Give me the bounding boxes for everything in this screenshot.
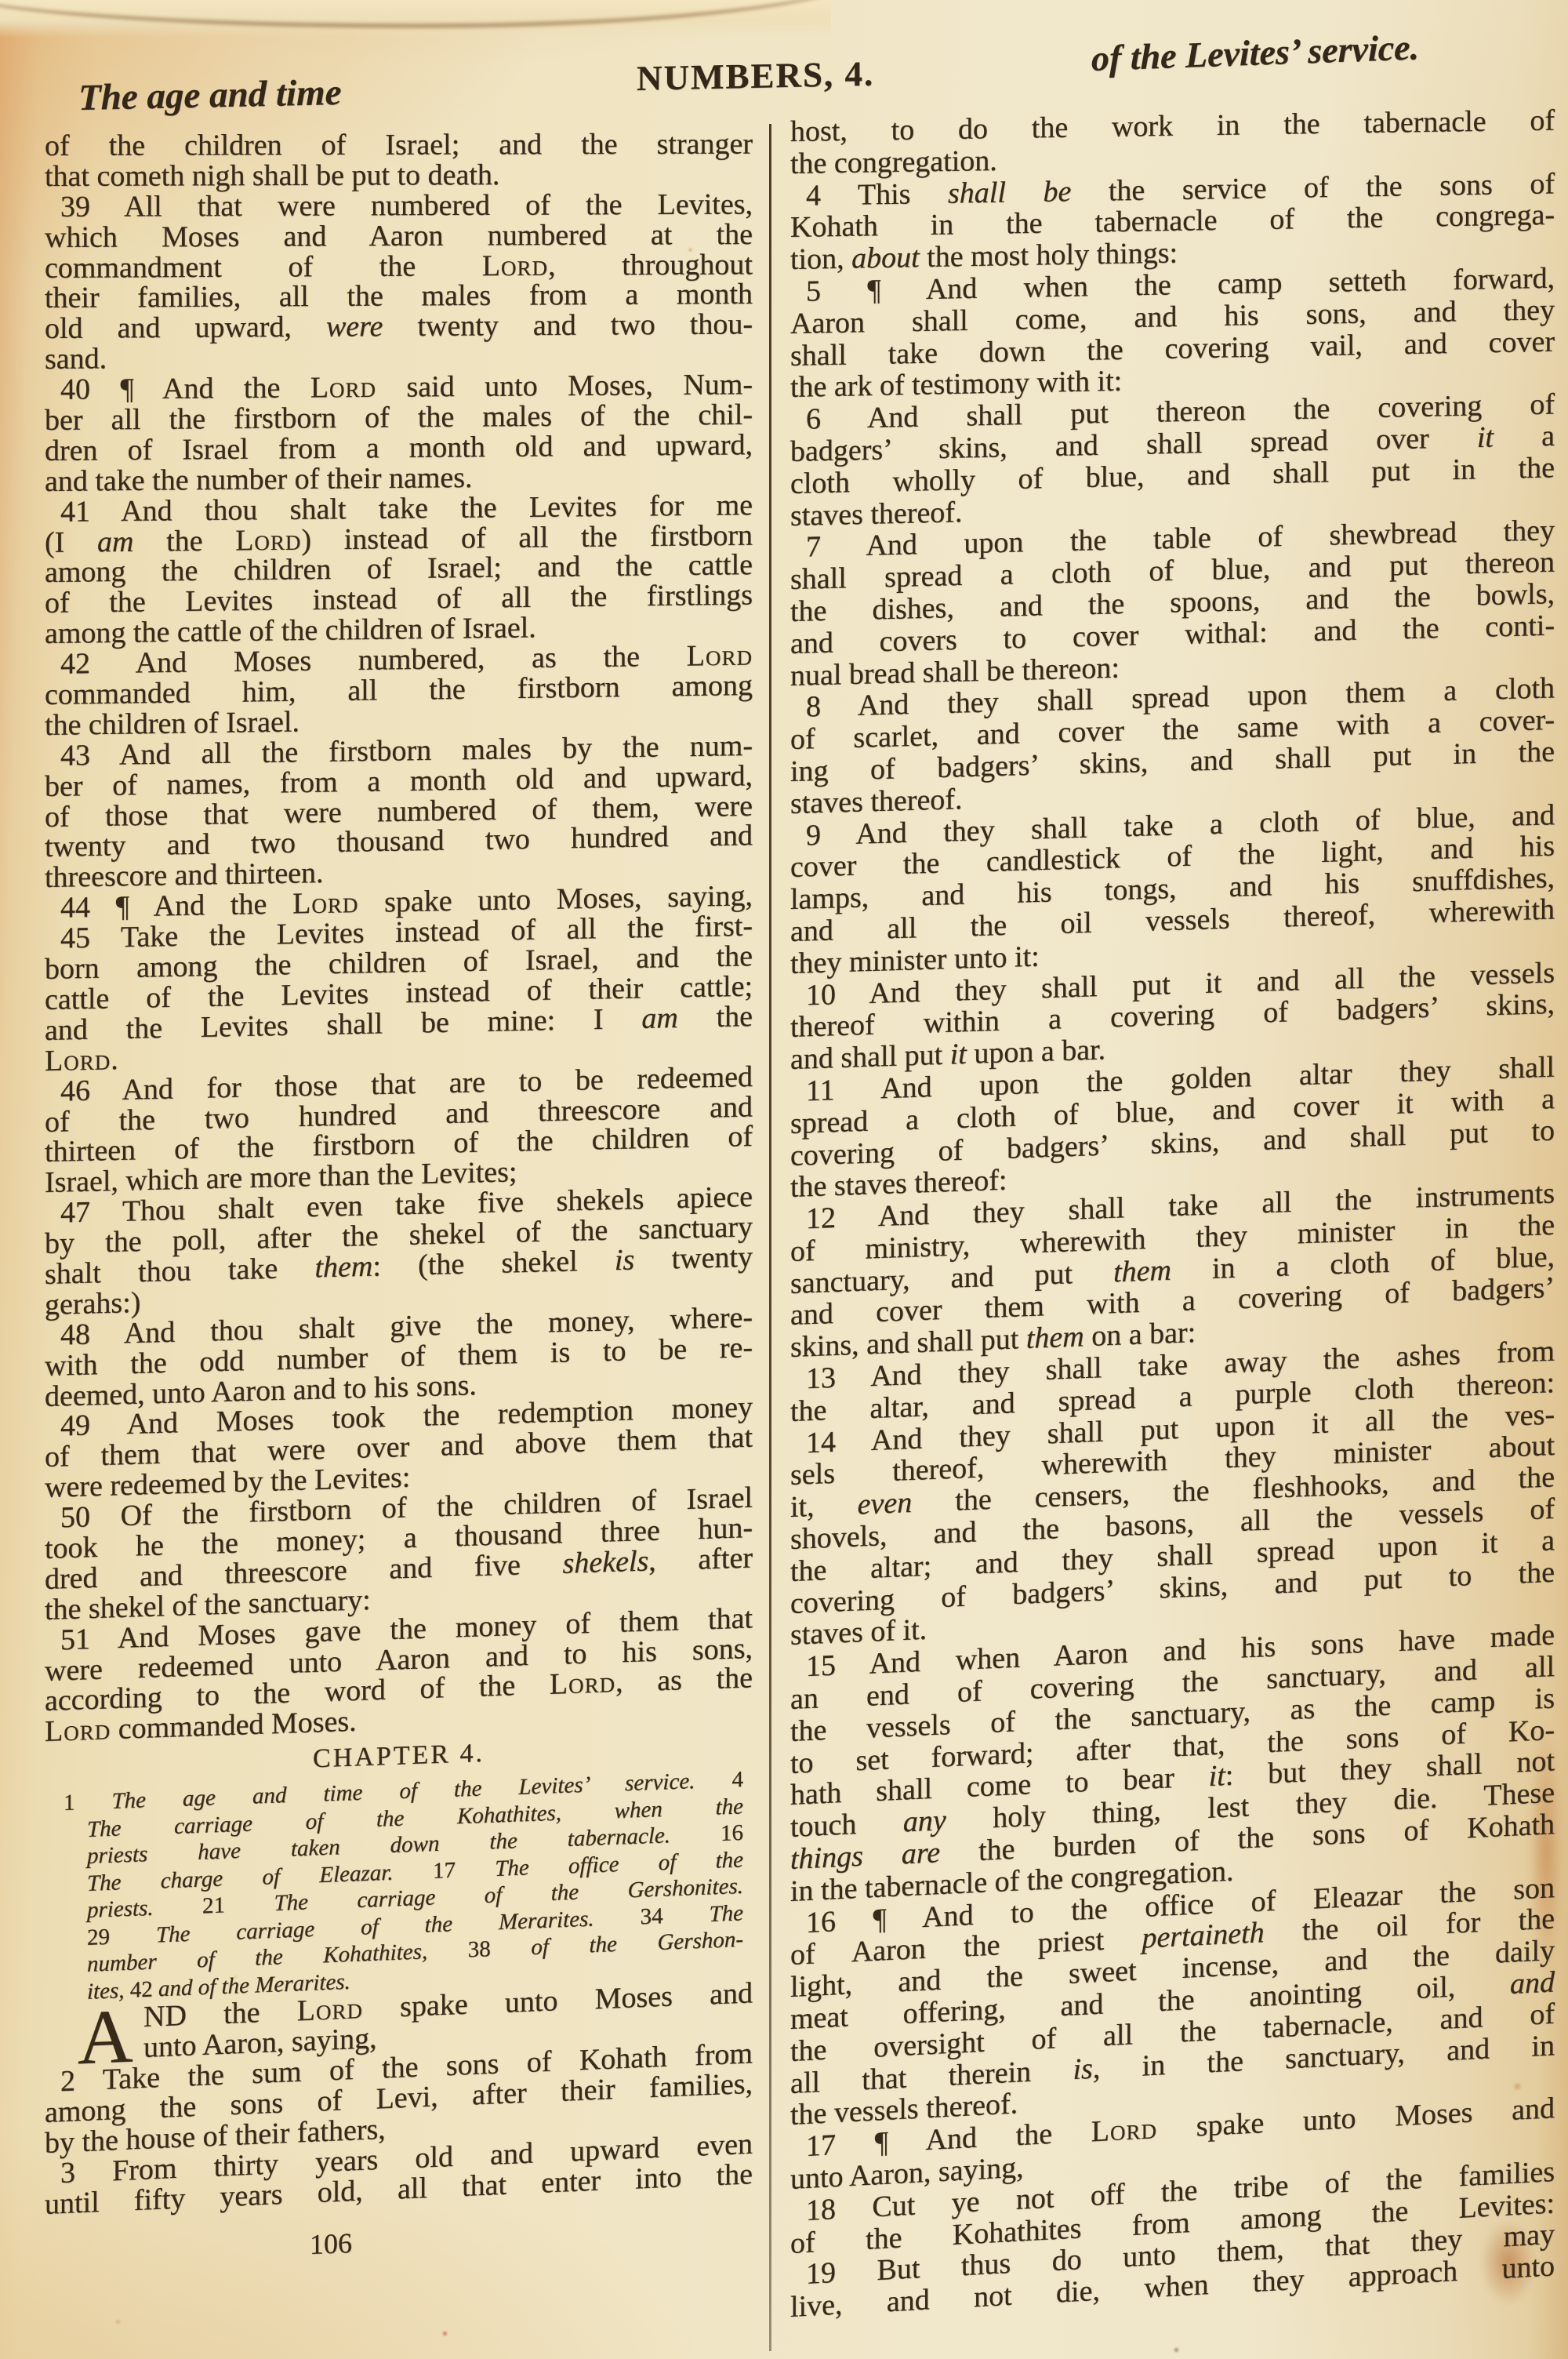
- text-run: the: [678, 1000, 753, 1034]
- text-run: 34: [641, 1902, 710, 1929]
- text-run: of the children of Israel; and the stran…: [45, 128, 753, 162]
- page-number: 106: [45, 2217, 617, 2270]
- text-run: and: [1510, 1965, 1555, 2001]
- small-caps-lord: Lord: [45, 1713, 111, 1748]
- small-caps-lord: Lord: [45, 1043, 111, 1078]
- text-run: priests.: [87, 1894, 202, 1923]
- text-run: 17: [433, 1856, 495, 1884]
- text-run: even: [858, 1486, 913, 1521]
- text-run: CHAPTER 4.: [313, 1739, 485, 1773]
- text-run: 4 This: [806, 176, 948, 212]
- small-caps-lord: Lord: [1091, 2112, 1157, 2148]
- text-run: 1: [64, 1789, 112, 1816]
- text-run: that cometh nigh shall be put to death.: [45, 158, 499, 193]
- column-divider: [769, 124, 771, 2351]
- small-caps-lord: Lord: [235, 523, 301, 557]
- text-run: shekels: [563, 1544, 649, 1579]
- text-run: the congregation.: [790, 144, 997, 180]
- text-run: am: [97, 525, 133, 558]
- text-run: 21: [202, 1891, 274, 1918]
- text-line: 39 All that were numbered of the Levites…: [45, 189, 753, 222]
- running-header-left: The age and time: [78, 71, 342, 119]
- text-run: a: [1494, 420, 1555, 454]
- text-run: The: [710, 1900, 744, 1927]
- text-run: upon a bar.: [967, 1033, 1105, 1070]
- text-run: (I: [45, 525, 97, 559]
- text-run: is: [1073, 2052, 1092, 2085]
- running-header-title: NUMBERS, 4.: [637, 53, 874, 99]
- text-run: were: [326, 311, 383, 343]
- text-run: 4: [732, 1767, 744, 1793]
- text-run: 42: [130, 1976, 158, 2002]
- text-run: twenty: [634, 1241, 753, 1277]
- text-run: about: [851, 241, 920, 274]
- text-run: it: [950, 1038, 967, 1071]
- text-run: them: [314, 1250, 372, 1285]
- right-column: host, to do the work in the tabernacle o…: [790, 116, 1555, 2324]
- text-run: them: [1026, 1321, 1084, 1356]
- text-line: which Moses and Aaron numbered at the: [45, 220, 753, 253]
- small-caps-lord: Lord: [550, 1666, 615, 1701]
- text-run: shall be: [948, 175, 1071, 210]
- text-line: old and upward, were twenty and two thou…: [45, 310, 753, 344]
- text-run: sand.: [45, 343, 107, 376]
- text-run: , after: [648, 1541, 753, 1577]
- text-line: that cometh nigh shall be put to death.: [45, 159, 753, 192]
- text-run: gerahs:): [45, 1286, 140, 1321]
- text-run: 16: [720, 1820, 743, 1846]
- text-run: it,: [790, 1488, 858, 1524]
- text-run: 29: [87, 1922, 156, 1950]
- text-run: on a bar:: [1084, 1316, 1196, 1353]
- running-header-right: of the Levites’ service.: [1091, 26, 1419, 79]
- text-run: tion,: [790, 242, 851, 276]
- small-caps-lord: Lord: [292, 886, 358, 920]
- text-run: am: [641, 1001, 677, 1035]
- text-run: is: [615, 1243, 634, 1277]
- text-run: any: [903, 1804, 946, 1838]
- paper-specks: [0, 0, 1, 1]
- left-column: of the children of Israel; and the stran…: [45, 131, 753, 2219]
- text-run: it: [1477, 420, 1494, 453]
- text-run: them: [1113, 1253, 1171, 1289]
- text-run: the: [133, 524, 235, 558]
- text-run: , throughout: [548, 248, 753, 282]
- book-page: The age and time NUMBERS, 4. of the Levi…: [0, 0, 1568, 2359]
- text-line: of the children of Israel; and the stran…: [45, 129, 753, 162]
- text-run: it: [1209, 1760, 1225, 1794]
- small-caps-lord: Lord: [310, 371, 376, 405]
- small-caps-lord: Lord: [482, 249, 548, 282]
- text-run: twenty and two thou-: [383, 308, 753, 343]
- small-caps-lord: Lord: [687, 639, 753, 673]
- text-run: staves thereof.: [790, 783, 962, 820]
- text-run: .: [111, 1043, 118, 1076]
- text-run: 40 ¶ And the: [60, 372, 310, 406]
- text-run: 38: [468, 1935, 532, 1962]
- text-run: old and upward,: [45, 311, 326, 345]
- text-run: staves thereof.: [790, 496, 962, 533]
